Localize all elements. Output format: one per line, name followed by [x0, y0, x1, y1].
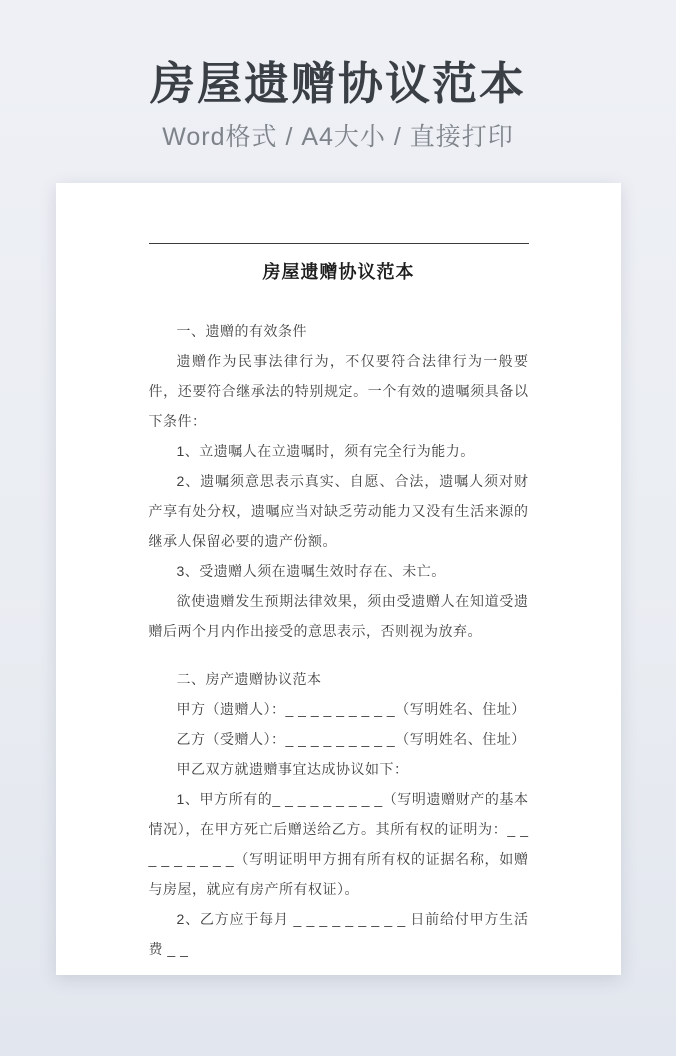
doc-paragraph: 2、乙方应于每月 _ _ _ _ _ _ _ _ _ 日前给付甲方生活费 _ _	[149, 904, 529, 964]
page-header: 房屋遗赠协议范本 Word格式 / A4大小 / 直接打印	[0, 0, 676, 152]
doc-paragraph: 欲使遗赠发生预期法律效果，须由受遗赠人在知道受遗赠后两个月内作出接受的意思表示，…	[149, 586, 529, 646]
doc-paragraph: 乙方（受赠人）：_ _ _ _ _ _ _ _ _（写明姓名、住址）	[149, 724, 529, 754]
doc-paragraph: 2、遗嘱须意思表示真实、自愿、合法，遗嘱人须对财产享有处分权，遗嘱应当对缺乏劳动…	[149, 466, 529, 556]
doc-paragraph: 1、立遗嘱人在立遗嘱时，须有完全行为能力。	[149, 436, 529, 466]
document-body: 一、遗赠的有效条件遗赠作为民事法律行为，不仅要符合法律行为一般要件，还要符合继承…	[149, 316, 529, 964]
doc-paragraph: 1、甲方所有的_ _ _ _ _ _ _ _ _（写明遗赠财产的基本情况），在甲…	[149, 784, 529, 904]
doc-paragraph: 甲方（遗赠人）：_ _ _ _ _ _ _ _ _（写明姓名、住址）	[149, 694, 529, 724]
page-subtitle: Word格式 / A4大小 / 直接打印	[0, 122, 676, 152]
doc-paragraph: 一、遗赠的有效条件	[149, 316, 529, 346]
doc-paragraph: 遗赠作为民事法律行为，不仅要符合法律行为一般要件，还要符合继承法的特别规定。一个…	[149, 346, 529, 436]
page-title: 房屋遗赠协议范本	[0, 58, 676, 110]
document-title: 房屋遗赠协议范本	[149, 260, 529, 284]
document-page: 房屋遗赠协议范本 一、遗赠的有效条件遗赠作为民事法律行为，不仅要符合法律行为一般…	[56, 183, 621, 975]
doc-paragraph: 甲乙双方就遗赠事宜达成协议如下：	[149, 754, 529, 784]
doc-paragraph-spacer	[149, 646, 529, 664]
document-top-divider	[149, 243, 529, 244]
doc-paragraph: 二、房产遗赠协议范本	[149, 664, 529, 694]
doc-paragraph: 3、受遗赠人须在遗嘱生效时存在、未亡。	[149, 556, 529, 586]
